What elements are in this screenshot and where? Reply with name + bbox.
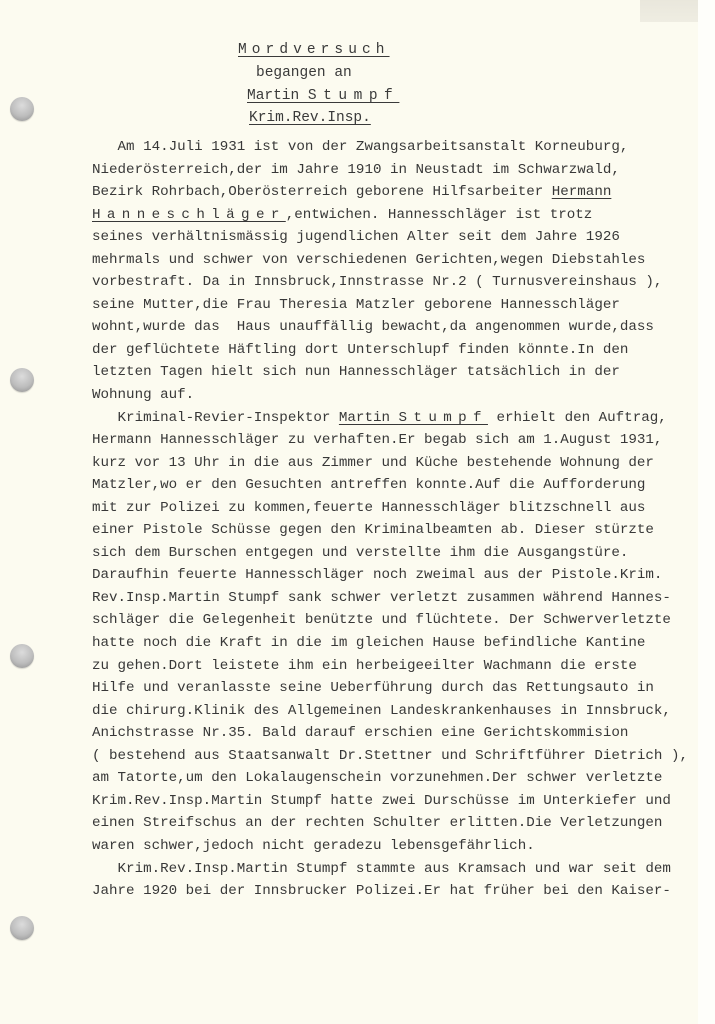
text-line: letzten Tagen hielt sich nun Hannesschlä… [92, 361, 702, 384]
text-line: einen Streifschus an der rechten Schulte… [92, 812, 702, 835]
victim-rank: Krim.Rev.Insp. [0, 108, 715, 128]
text-line: Rev.Insp.Martin Stumpf sank schwer verle… [92, 587, 702, 610]
typewritten-page: Mordversuch begangen an Martin Stumpf Kr… [0, 0, 715, 1024]
text-line: einer Pistole Schüsse gegen den Kriminal… [92, 519, 702, 542]
text-line: Krim.Rev.Insp.Martin Stumpf hatte zwei D… [92, 790, 702, 813]
text-segment: vorbestraft. Da in Innsbruck,Innstrasse … [92, 274, 662, 290]
text-segment: erhielt den Auftrag, [488, 410, 667, 426]
text-segment: letzten Tagen hielt sich nun Hannesschlä… [92, 364, 620, 380]
text-segment: Krim.Rev.Insp.Martin Stumpf hatte zwei D… [92, 793, 671, 809]
text-segment: einen Streifschus an der rechten Schulte… [92, 815, 662, 831]
text-segment: seines verhältnismässig jugendlichen Alt… [92, 229, 620, 245]
emphasized-name: Hanneschläger [92, 207, 286, 223]
text-line: waren schwer,jedoch nicht geradezu leben… [92, 835, 702, 858]
text-line: die chirurg.Klinik des Allgemeinen Lande… [92, 700, 702, 723]
victim-name: Martin Stumpf [0, 86, 715, 106]
document-body: Am 14.Juli 1931 ist von der Zwangsarbeit… [92, 136, 702, 903]
text-line: Niederösterreich,der im Jahre 1910 in Ne… [92, 159, 702, 182]
text-line: schläger die Gelegenheit benützte und fl… [92, 609, 702, 632]
text-line: Am 14.Juli 1931 ist von der Zwangsarbeit… [92, 136, 702, 159]
text-segment: waren schwer,jedoch nicht geradezu leben… [92, 838, 535, 854]
text-line: Wohnung auf. [92, 384, 702, 407]
text-segment: mehrmals und schwer von verschiedenen Ge… [92, 252, 645, 268]
text-line: Daraufhin feuerte Hannesschläger noch zw… [92, 564, 702, 587]
text-segment: Rev.Insp.Martin Stumpf sank schwer verle… [92, 590, 671, 606]
text-line: wohnt,wurde das Haus unauffällig bewacht… [92, 316, 702, 339]
text-segment: mit zur Polizei zu kommen,feuerte Hannes… [92, 500, 645, 516]
text-line: Bezirk Rohrbach,Oberösterreich geborene … [92, 181, 702, 204]
text-segment: seine Mutter,die Frau Theresia Matzler g… [92, 297, 620, 313]
text-segment: Wohnung auf. [92, 387, 194, 403]
punch-hole-icon [10, 368, 34, 392]
text-segment: Krim.Rev.Insp.Martin Stumpf stammte aus … [92, 861, 671, 877]
text-segment: Daraufhin feuerte Hannesschläger noch zw… [92, 567, 662, 583]
text-line: ( bestehend aus Staatsanwalt Dr.Stettner… [92, 745, 702, 768]
text-line: der geflüchtete Häftling dort Unterschlu… [92, 339, 702, 362]
text-line: zu gehen.Dort leistete ihm ein herbeigee… [92, 655, 702, 678]
text-segment: wohnt,wurde das Haus unauffällig bewacht… [92, 319, 654, 335]
text-segment: Hermann Hannesschläger zu verhaften.Er b… [92, 432, 662, 448]
text-segment: Am 14.Juli 1931 ist von der Zwangsarbeit… [92, 139, 628, 155]
text-line: vorbestraft. Da in Innsbruck,Innstrasse … [92, 271, 702, 294]
text-segment: Kriminal-Revier-Inspektor [92, 410, 339, 426]
text-line: Hanneschläger,entwichen. Hannesschläger … [92, 204, 702, 227]
document-title: Mordversuch [0, 40, 715, 60]
text-segment: Bezirk Rohrbach,Oberösterreich geborene … [92, 184, 552, 200]
text-line: Hermann Hannesschläger zu verhaften.Er b… [92, 429, 702, 452]
text-line: mehrmals und schwer von verschiedenen Ge… [92, 249, 702, 272]
emphasized-name: Hermann [552, 184, 612, 200]
text-line: Anichstrasse Nr.35. Bald darauf erschien… [92, 722, 702, 745]
text-segment: Hilfe und veranlasste seine Ueberführung… [92, 680, 654, 696]
emphasized-name: Stumpf [399, 410, 488, 426]
text-line: Kriminal-Revier-Inspektor Martin Stumpf … [92, 407, 702, 430]
text-line: kurz vor 13 Uhr in die aus Zimmer und Kü… [92, 452, 702, 475]
victim-name-text: Martin Stumpf [247, 88, 399, 104]
paper-edge-strip [640, 0, 698, 22]
text-segment: Anichstrasse Nr.35. Bald darauf erschien… [92, 725, 628, 741]
text-segment: am Tatorte,um den Lokalaugenschein vorzu… [92, 770, 662, 786]
emphasized-name: Martin [339, 410, 399, 426]
text-line: seine Mutter,die Frau Theresia Matzler g… [92, 294, 702, 317]
text-line: hatte noch die Kraft in die im gleichen … [92, 632, 702, 655]
text-line: Jahre 1920 bei der Innsbrucker Polizei.E… [92, 880, 702, 903]
document-subtitle: begangen an [0, 63, 715, 83]
text-segment: kurz vor 13 Uhr in die aus Zimmer und Kü… [92, 455, 654, 471]
text-line: Hilfe und veranlasste seine Ueberführung… [92, 677, 702, 700]
text-segment: die chirurg.Klinik des Allgemeinen Lande… [92, 703, 671, 719]
text-segment: Niederösterreich,der im Jahre 1910 in Ne… [92, 162, 620, 178]
punch-hole-icon [10, 916, 34, 940]
text-line: Matzler,wo er den Gesuchten antreffen ko… [92, 474, 702, 497]
text-line: Krim.Rev.Insp.Martin Stumpf stammte aus … [92, 858, 702, 881]
text-segment: Jahre 1920 bei der Innsbrucker Polizei.E… [92, 883, 671, 899]
text-segment: hatte noch die Kraft in die im gleichen … [92, 635, 645, 651]
text-line: am Tatorte,um den Lokalaugenschein vorzu… [92, 767, 702, 790]
text-segment: zu gehen.Dort leistete ihm ein herbeigee… [92, 658, 637, 674]
text-segment: schläger die Gelegenheit benützte und fl… [92, 612, 671, 628]
text-line: mit zur Polizei zu kommen,feuerte Hannes… [92, 497, 702, 520]
text-line: seines verhältnismässig jugendlichen Alt… [92, 226, 702, 249]
text-line: sich dem Burschen entgegen und verstellt… [92, 542, 702, 565]
text-segment: ,entwichen. Hannesschläger ist trotz [286, 207, 593, 223]
text-segment: sich dem Burschen entgegen und verstellt… [92, 545, 628, 561]
text-segment: der geflüchtete Häftling dort Unterschlu… [92, 342, 628, 358]
text-segment: einer Pistole Schüsse gegen den Kriminal… [92, 522, 654, 538]
text-segment: ( bestehend aus Staatsanwalt Dr.Stettner… [92, 748, 688, 764]
punch-hole-icon [10, 644, 34, 668]
text-segment: Matzler,wo er den Gesuchten antreffen ko… [92, 477, 645, 493]
